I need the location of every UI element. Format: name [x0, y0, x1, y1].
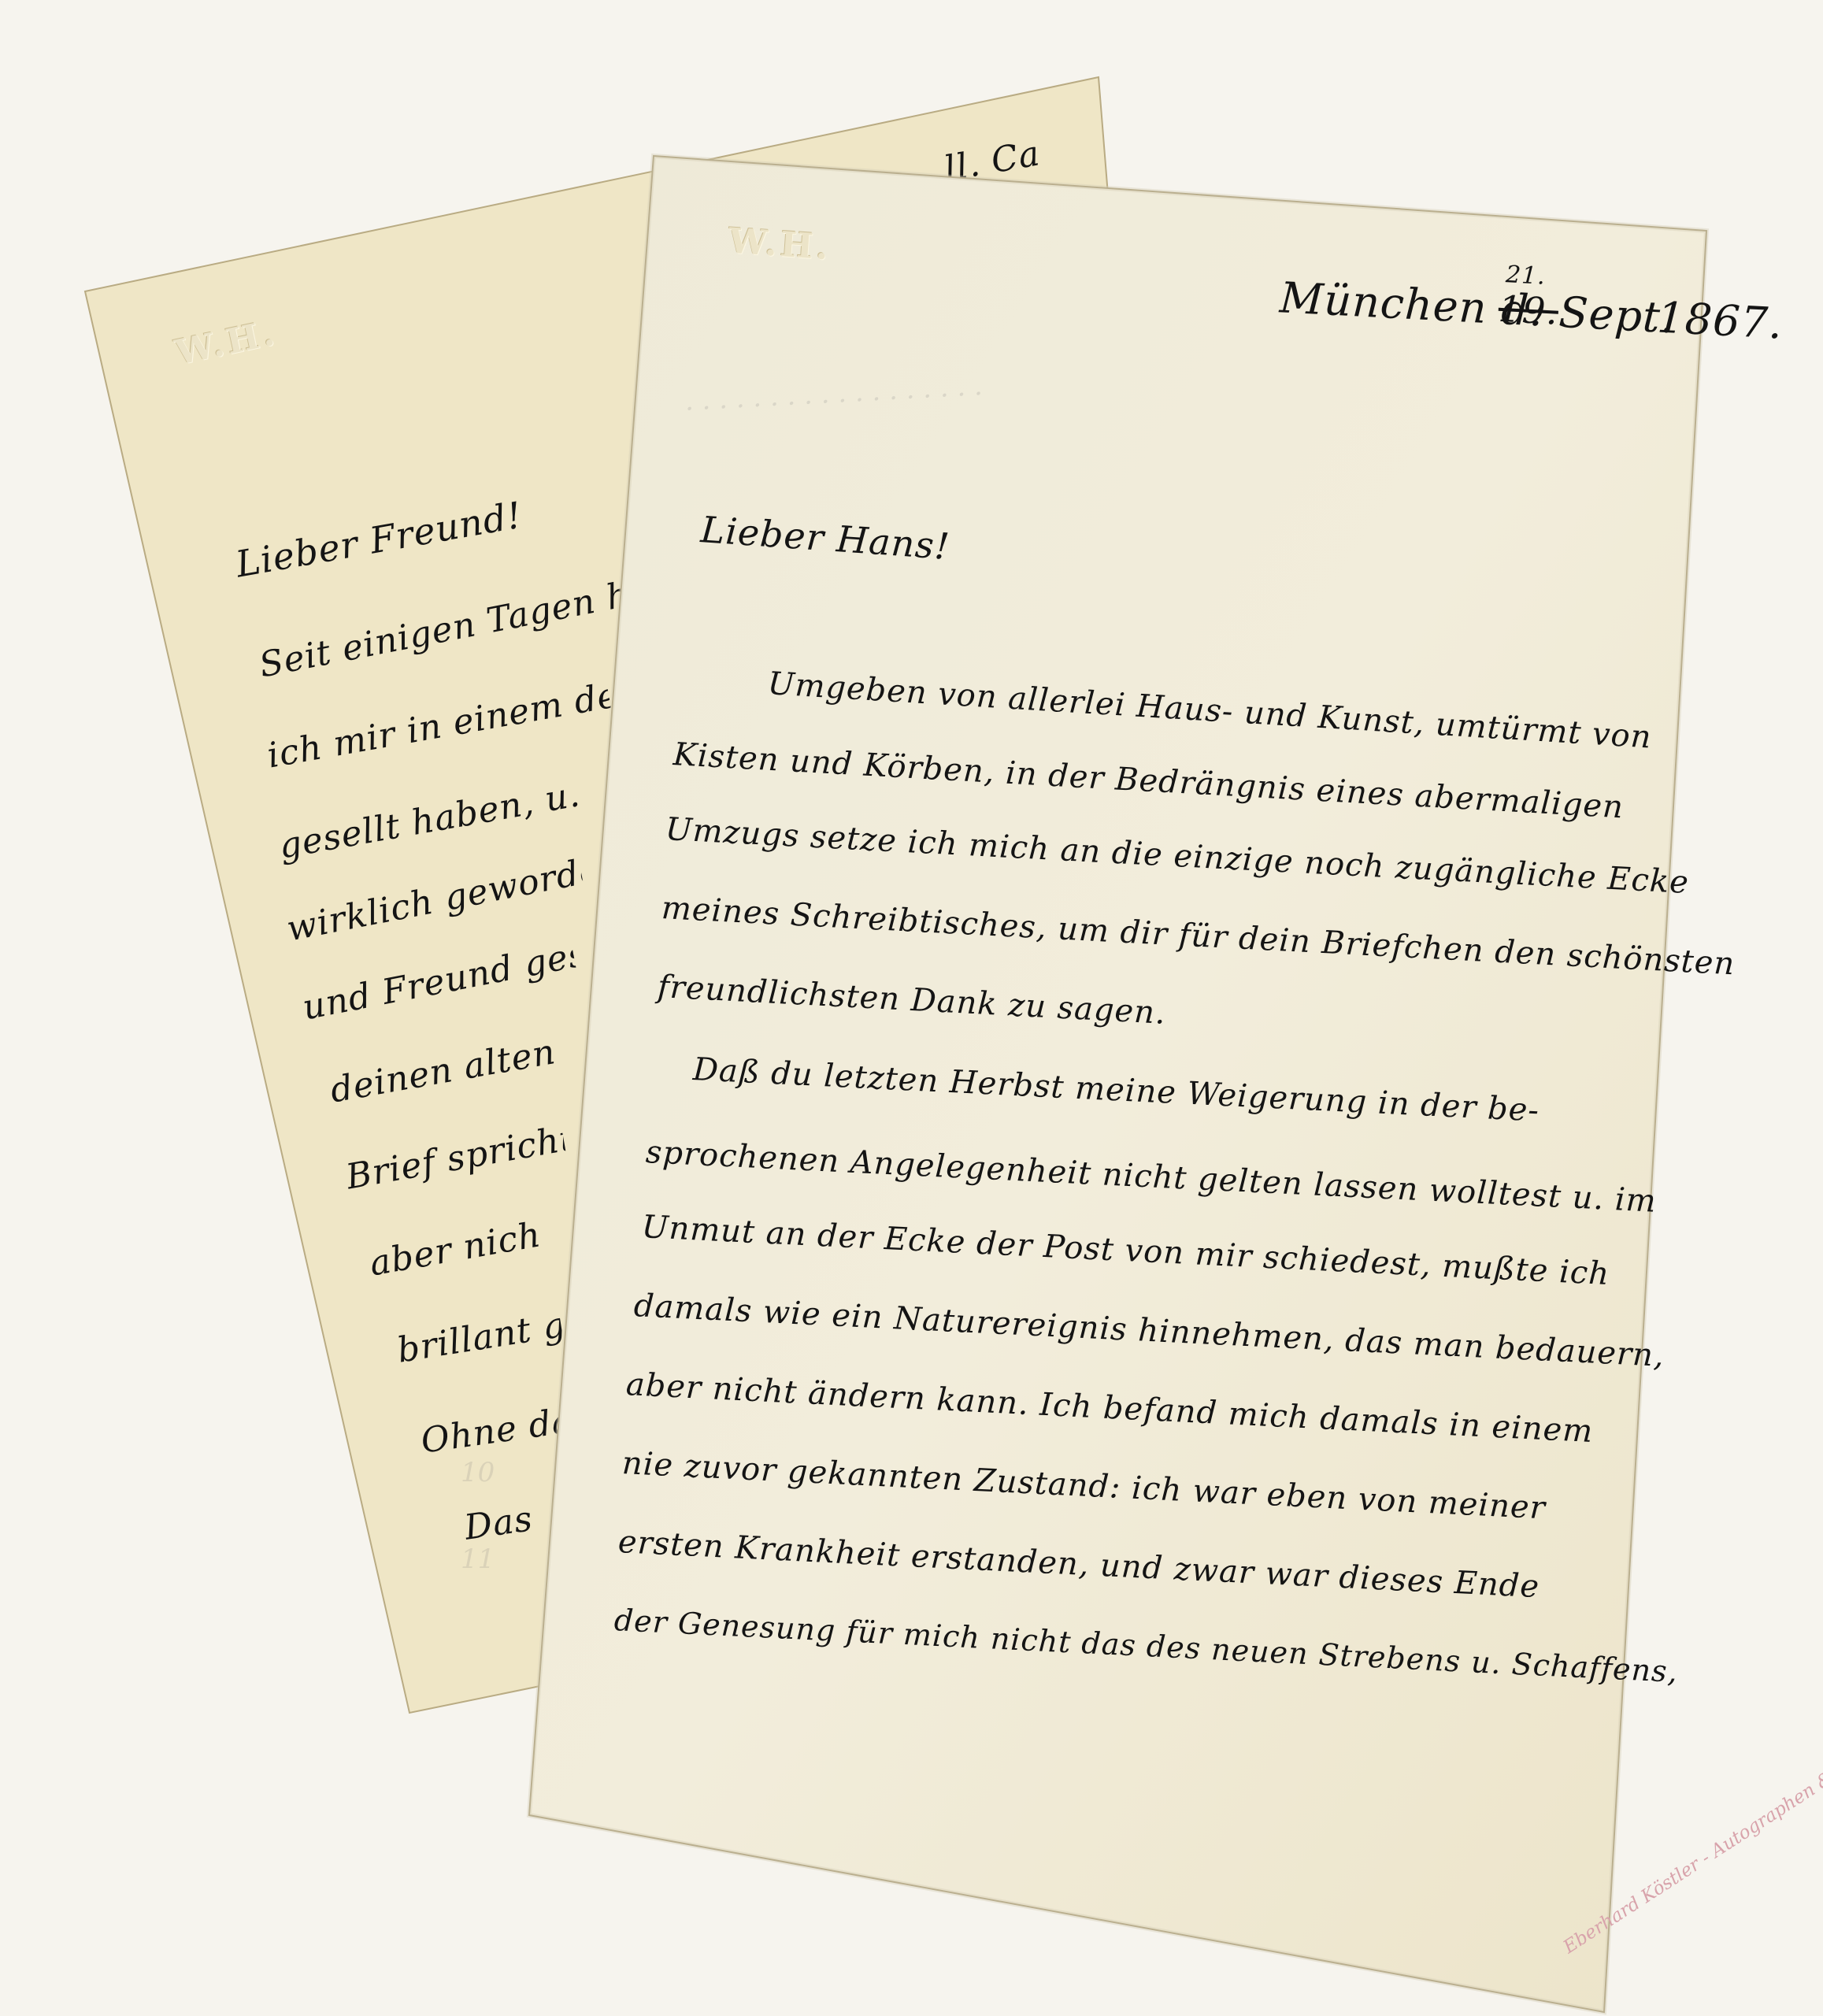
dateline-day-struck: 19.	[1497, 287, 1559, 333]
dateline-year: 1867.	[1656, 292, 1784, 348]
front-letter-sheet: · · · · · · · · · · · · · · · · · · W.H.…	[0, 0, 1823, 2016]
dateline-day-corrected: 21.	[1505, 261, 1546, 291]
front-sheet-monogram: W.H.	[727, 221, 832, 269]
